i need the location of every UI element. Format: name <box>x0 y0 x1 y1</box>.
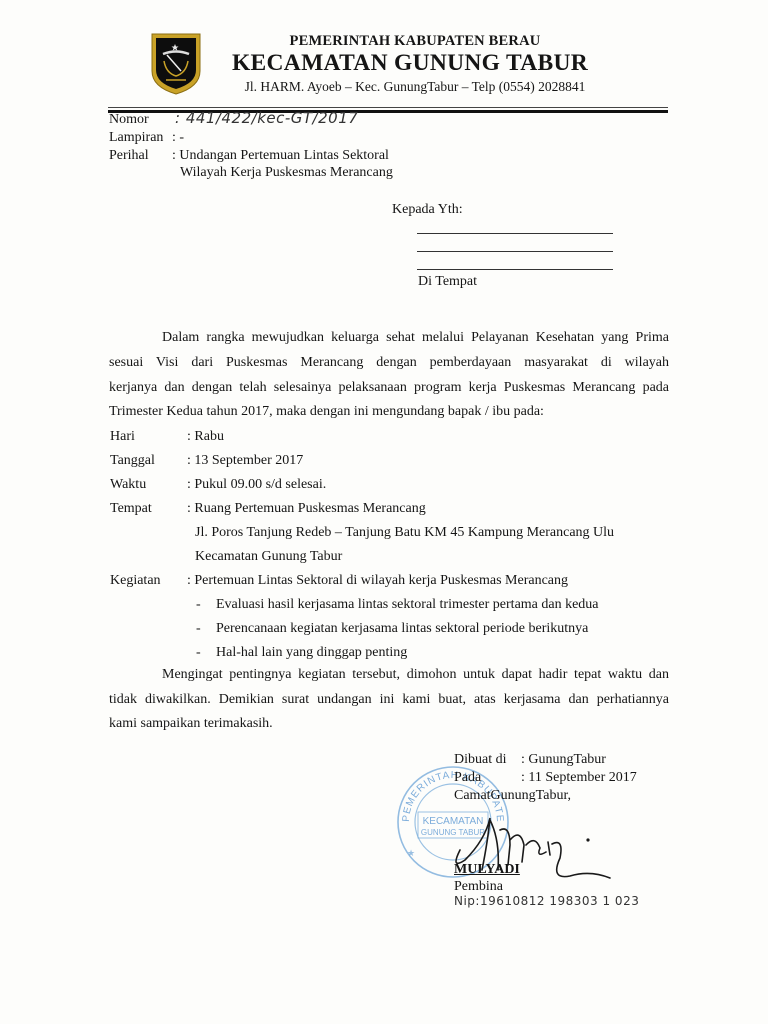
lampiran-label: Lampiran <box>109 130 163 146</box>
dibuat-di-label: Dibuat di <box>454 752 507 768</box>
agenda-item: Evaluasi hasil kerjasama lintas sektoral… <box>216 597 599 613</box>
paragraph-1-line-3: kerjanya dan dengan telah selesainya pel… <box>109 380 669 396</box>
tempat-label: Tempat <box>110 501 152 517</box>
tanggal-label: Tanggal <box>110 453 155 469</box>
pada-value: : 11 September 2017 <box>521 770 637 786</box>
hari-label: Hari <box>110 429 135 445</box>
nomor-label: Nomor <box>109 112 149 128</box>
paragraph-1-line-1: Dalam rangka mewujudkan keluarga sehat m… <box>162 330 669 346</box>
perihal-value: : Undangan Pertemuan Lintas Sektoral <box>172 148 389 164</box>
nomor-value: : 441/422/kec-GT/2017 <box>175 110 358 126</box>
paragraph-2-line-3: kami sampaikan terimakasih. <box>109 716 273 732</box>
tempat-address: Jl. Poros Tanjung Redeb – Tanjung Batu K… <box>195 525 614 541</box>
perihal-label: Perihal <box>109 148 149 164</box>
kegiatan-label: Kegiatan <box>110 573 161 589</box>
svg-text:★: ★ <box>407 848 415 858</box>
dibuat-di-value: : GunungTabur <box>521 752 606 768</box>
waktu-value: : Pukul 09.00 s/d selesai. <box>187 477 326 493</box>
recipient-greeting: Kepada Yth: <box>392 202 463 218</box>
paragraph-1-line-2: sesuai Visi dari Puskesmas Merancang den… <box>109 355 669 371</box>
regency-emblem-icon <box>148 31 204 97</box>
recipient-blank-line-3 <box>417 269 613 270</box>
signatory-name: MULYADI <box>454 862 520 878</box>
perihal-value-continued: Wilayah Kerja Puskesmas Merancang <box>180 165 393 181</box>
agenda-bullet: - <box>196 621 201 637</box>
government-name: PEMERINTAH KABUPATEN BERAU <box>230 33 600 50</box>
paragraph-2-line-2: tidak diwakilkan. Demikian surat undanga… <box>109 692 669 708</box>
pada-label: Pada <box>454 770 481 786</box>
paragraph-1-line-4: Trimester Kedua tahun 2017, maka dengan … <box>109 404 544 420</box>
tempat-district: Kecamatan Gunung Tabur <box>195 549 342 565</box>
recipient-blank-line-1 <box>417 233 613 234</box>
kegiatan-value: : Pertemuan Lintas Sektoral di wilayah k… <box>187 573 568 589</box>
waktu-label: Waktu <box>110 477 146 493</box>
agenda-bullet: - <box>196 645 201 661</box>
lampiran-value: : - <box>172 130 184 146</box>
tempat-value: : Ruang Pertemuan Puskesmas Merancang <box>187 501 426 517</box>
district-name: KECAMATAN GUNUNG TABUR <box>200 50 620 77</box>
signatory-nip: Nip:19610812 198303 1 023 <box>454 893 639 909</box>
recipient-blank-line-2 <box>417 251 613 252</box>
agenda-bullet: - <box>196 597 201 613</box>
office-address: Jl. HARM. Ayoeb – Kec. GunungTabur – Tel… <box>215 79 615 95</box>
hari-value: : Rabu <box>187 429 224 445</box>
agenda-item: Perencanaan kegiatan kerjasama lintas se… <box>216 621 588 637</box>
tanggal-value: : 13 September 2017 <box>187 453 303 469</box>
paragraph-2-line-1: Mengingat pentingnya kegiatan tersebut, … <box>162 667 669 683</box>
agenda-item: Hal-hal lain yang dinggap penting <box>216 645 407 661</box>
recipient-place: Di Tempat <box>418 274 477 290</box>
letterhead-divider-thin <box>108 107 668 108</box>
